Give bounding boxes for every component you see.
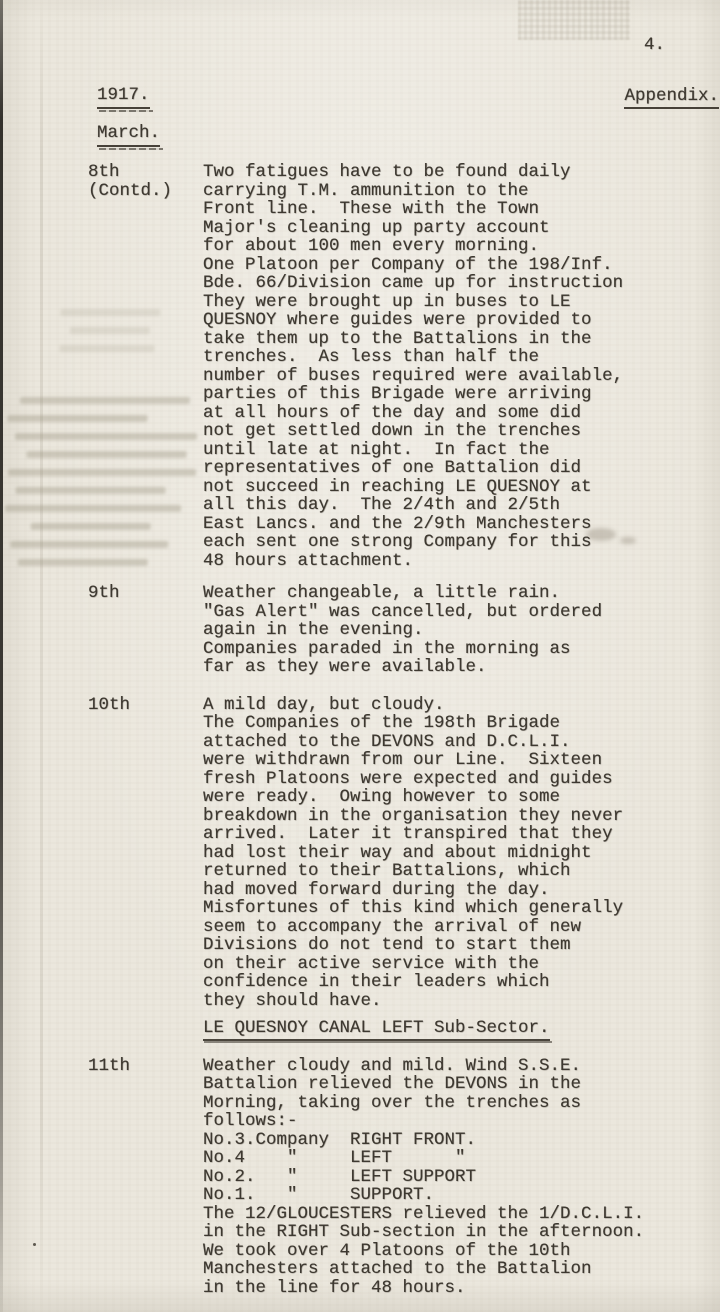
month-heading: March. bbox=[97, 124, 160, 147]
paper-texture-patch bbox=[518, 0, 630, 40]
year-text: 1917. bbox=[97, 86, 150, 109]
diary-entry: 8th (Contd.)Two fatigues have to be foun… bbox=[88, 163, 710, 570]
entry-text: Two fatigues have to be found daily carr… bbox=[203, 163, 710, 570]
diary-entries: 8th (Contd.)Two fatigues have to be foun… bbox=[88, 163, 710, 1311]
month-text: March. bbox=[97, 124, 160, 147]
entry-date: 11th bbox=[88, 1057, 203, 1298]
section-heading: LE QUESNOY CANAL LEFT Sub-Sector. bbox=[203, 1019, 550, 1041]
appendix-heading: Appendix. bbox=[624, 87, 719, 109]
diary-entry: 9thWeather changeable, a little rain. "G… bbox=[88, 584, 710, 677]
section-heading-row: LE QUESNOY CANAL LEFT Sub-Sector. bbox=[88, 1019, 710, 1041]
ink-speck bbox=[33, 1243, 36, 1246]
diary-entry: 10thA mild day, but cloudy. The Companie… bbox=[88, 696, 710, 1011]
page-number: 4. bbox=[644, 36, 665, 55]
entry-text: Weather changeable, a little rain. "Gas … bbox=[203, 584, 710, 677]
diary-entry: 11thWeather cloudy and mild. Wind S.S.E.… bbox=[88, 1057, 710, 1298]
appendix-text: Appendix. bbox=[624, 87, 719, 109]
entry-text: A mild day, but cloudy. The Companies of… bbox=[203, 696, 710, 1011]
scanned-diary-page: 4. 1917. Appendix. March. 8th (Contd.)Tw… bbox=[0, 0, 720, 1312]
entry-date bbox=[88, 1019, 203, 1041]
entry-date: 10th bbox=[88, 696, 203, 1011]
entry-text: Weather cloudy and mild. Wind S.S.E. Bat… bbox=[203, 1057, 710, 1298]
entry-date: 8th (Contd.) bbox=[88, 163, 203, 570]
year-heading: 1917. bbox=[97, 86, 150, 109]
paper-crease bbox=[40, 0, 43, 1312]
section-heading-cell: LE QUESNOY CANAL LEFT Sub-Sector. bbox=[203, 1019, 710, 1041]
entry-date: 9th bbox=[88, 584, 203, 677]
scan-left-edge bbox=[0, 0, 3, 1312]
